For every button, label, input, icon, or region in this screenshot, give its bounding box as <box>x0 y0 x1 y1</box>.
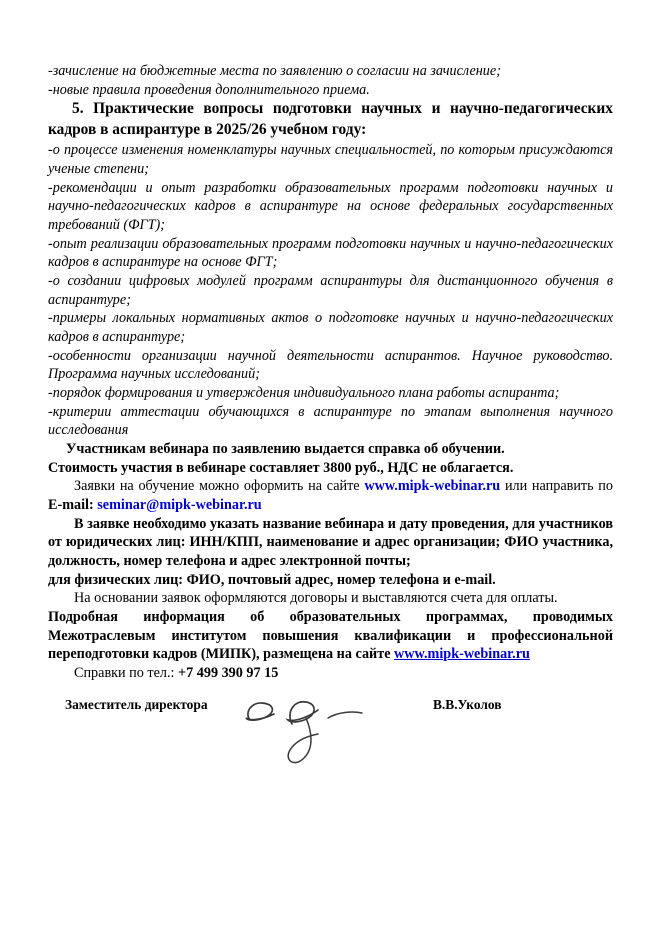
apply-paragraph: Заявки на обучение можно оформить на сай… <box>48 477 613 514</box>
request-details: В заявке необходимо указать название веб… <box>48 515 613 571</box>
apply-text-between: или направить по <box>505 478 613 494</box>
certificate-line: Участникам вебинара по заявлению выдаетс… <box>48 440 613 459</box>
topic-item: -о процессе изменения номенклатуры научн… <box>48 141 613 178</box>
signer-name: В.В.Уколов <box>433 696 501 714</box>
phone-label: Справки по тел.: <box>74 665 174 681</box>
topic-item: -критерии аттестации обучающихся в аспир… <box>48 403 613 440</box>
phone-line: Справки по тел.: +7 499 390 97 15 <box>48 664 613 683</box>
apply-text-before-site: Заявки на обучение можно оформить на сай… <box>74 478 360 494</box>
topic-item: -рекомендации и опыт разработки образова… <box>48 179 613 235</box>
site-link-underlined[interactable]: www.mipk-webinar.ru <box>394 646 530 662</box>
document-page: -зачисление на бюджетные места по заявле… <box>0 0 660 933</box>
intro-item: -новые правила проведения дополнительног… <box>48 81 613 100</box>
topic-item: -особенности организации научной деятель… <box>48 347 613 384</box>
topic-item: -порядок формирования и утверждения инди… <box>48 384 613 403</box>
topic-item: -о создании цифровых модулей программ ас… <box>48 272 613 309</box>
intro-item: -зачисление на бюджетные места по заявле… <box>48 62 613 81</box>
email-link[interactable]: seminar@mipk-webinar.ru <box>97 497 261 513</box>
price-line: Стоимость участия в вебинаре составляет … <box>48 459 613 478</box>
handwritten-signature-icon <box>236 690 386 770</box>
section-5-heading: 5. Практические вопросы подготовки научн… <box>48 99 613 141</box>
topic-item: -опыт реализации образовательных програм… <box>48 235 613 272</box>
topic-item: -примеры локальных нормативных актов о п… <box>48 309 613 346</box>
phone-number: +7 499 390 97 15 <box>178 665 278 681</box>
email-label: E-mail: <box>48 497 94 513</box>
signature-block: Заместитель директора В.В.Уколов <box>48 696 613 796</box>
info-paragraph: Подробная информация об образовательных … <box>48 608 613 664</box>
site-link[interactable]: www.mipk-webinar.ru <box>364 478 500 494</box>
contracts-line: На основании заявок оформляются договоры… <box>48 589 613 608</box>
individuals-line: для физических лиц: ФИО, почтовый адрес,… <box>48 571 613 590</box>
signer-position-title: Заместитель директора <box>65 696 208 714</box>
